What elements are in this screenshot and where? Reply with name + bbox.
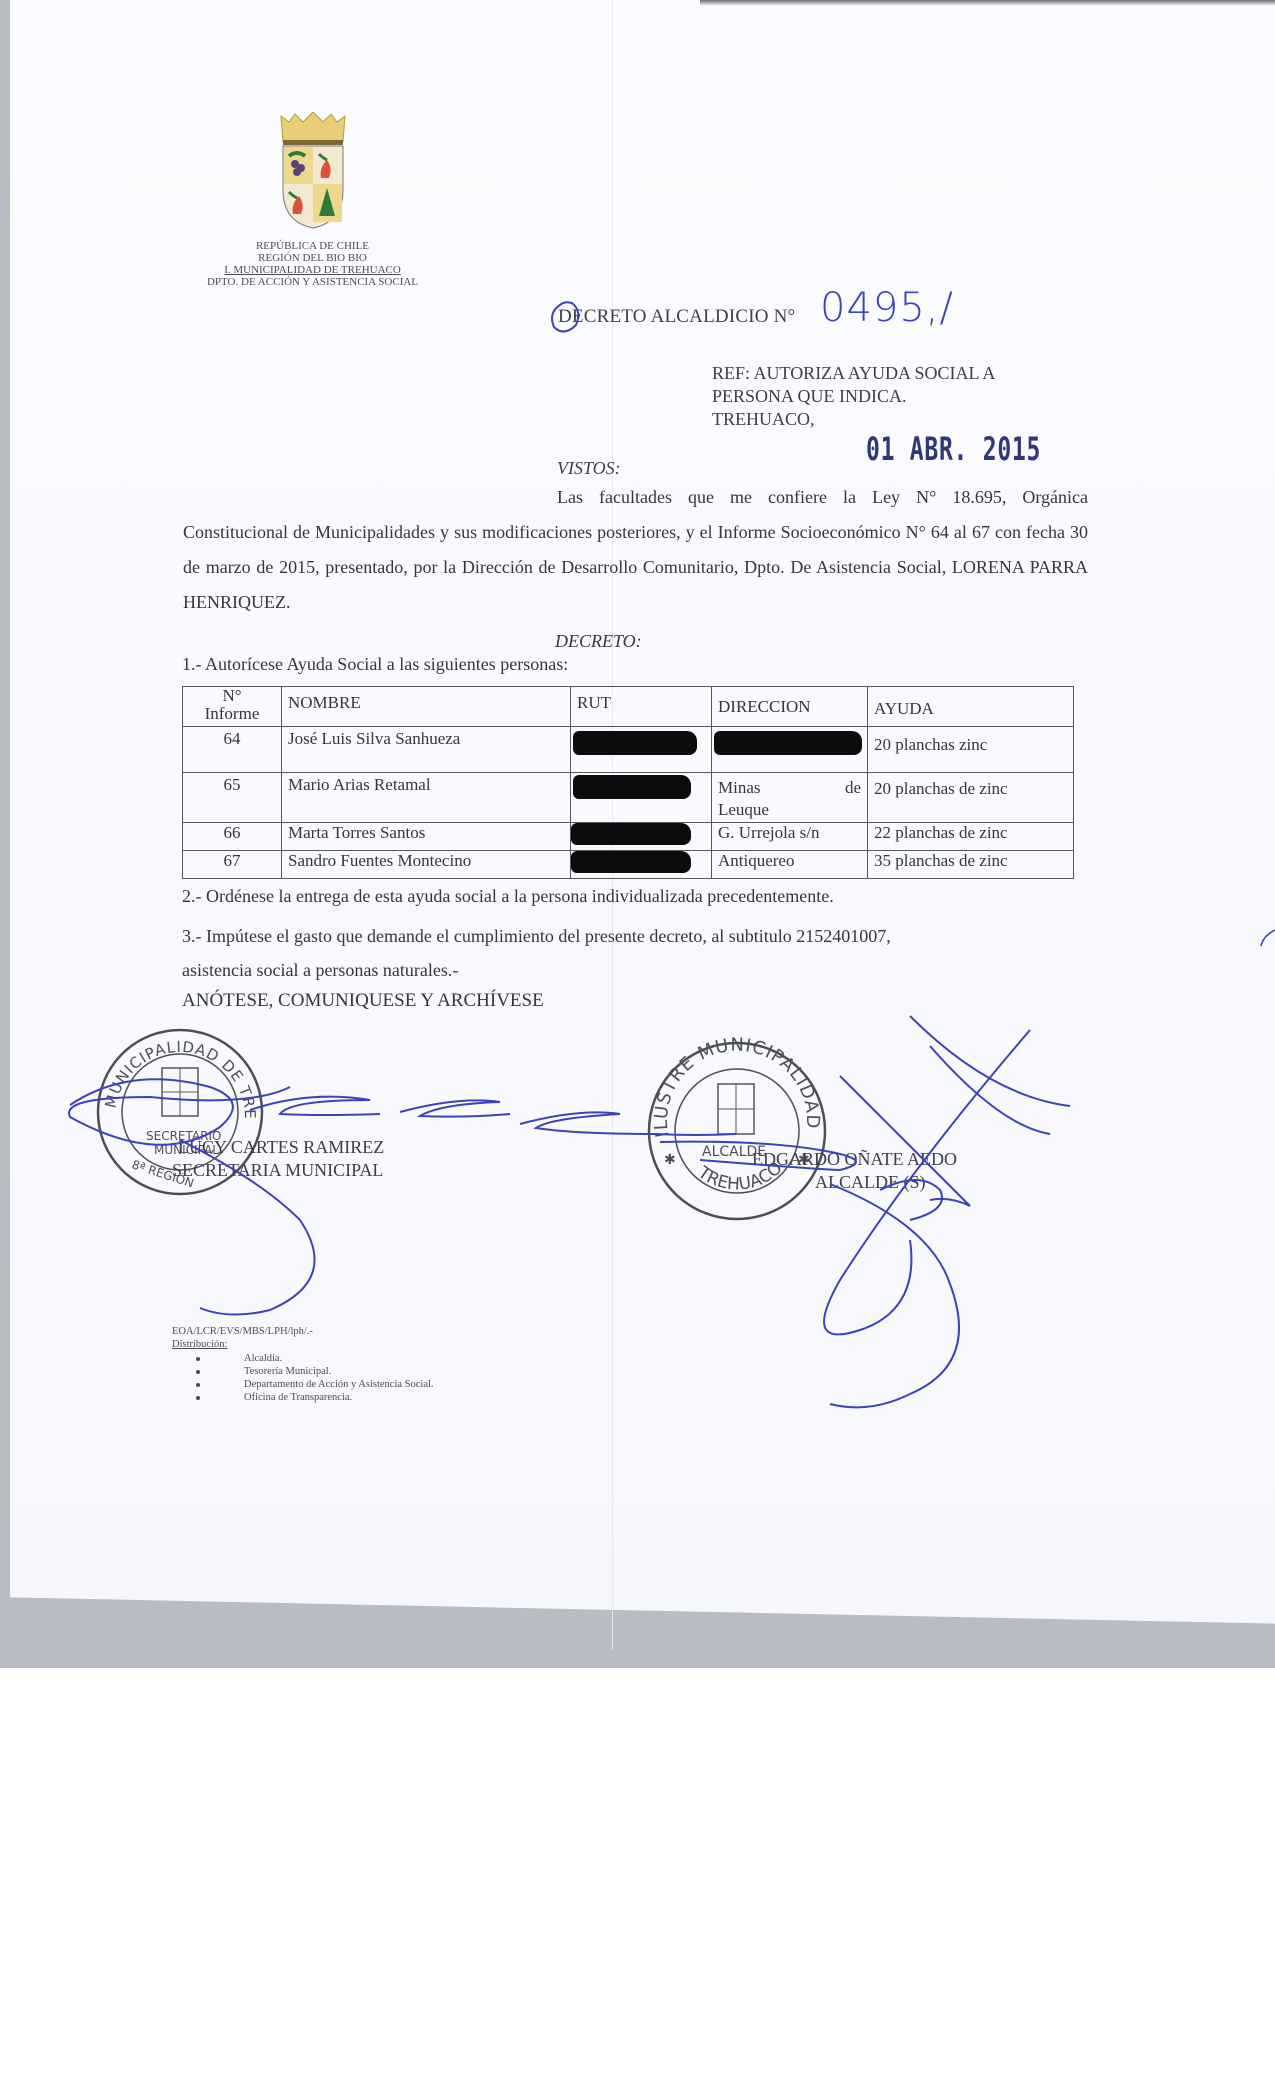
header-ayuda: AYUDA xyxy=(868,687,1074,727)
mayor-role: ALCALDE (S) xyxy=(752,1171,957,1194)
cell-rut xyxy=(571,823,712,851)
direccion-line1: Minasde xyxy=(718,777,861,799)
decree-item-1: 1.- Autorícese Ayuda Social a las siguie… xyxy=(182,654,568,675)
table-row: 67 Sandro Fuentes Montecino Antiquereo 3… xyxy=(183,851,1074,879)
secretary-name: LUCY CARTES RAMIREZ xyxy=(172,1136,384,1159)
table-row: 65 Mario Arias Retamal Minasde Leuque 20… xyxy=(183,773,1074,823)
cell-nombre: Sandro Fuentes Montecino xyxy=(282,851,571,879)
list-item: Alcaldía. xyxy=(196,1352,434,1365)
mayor-signature-block: EDGARDO OÑATE AEDO ALCALDE (S) xyxy=(752,1148,957,1194)
decree-title: DECRETO ALCALDICIO N° xyxy=(558,306,795,328)
secretary-role: SECRETARIA MUNICIPAL xyxy=(172,1159,384,1182)
cell-no: 65 xyxy=(183,773,282,823)
date-stamp: 01 ABR. 2015 xyxy=(866,430,1041,468)
distribution-list: Alcaldía. Tesorería Municipal. Departame… xyxy=(196,1352,434,1404)
decree-item-3-line1: 3.- Impútese el gasto que demande el cum… xyxy=(182,926,891,947)
list-item: Departamento de Acción y Asistencia Soci… xyxy=(196,1378,434,1391)
page-edge-shadow xyxy=(700,0,1275,6)
coat-of-arms-icon xyxy=(275,112,351,230)
redaction-mark xyxy=(571,851,691,873)
ref-line-3: TREHUACO, xyxy=(712,408,995,431)
decree-item-2: 2.- Ordénese la entrega de esta ayuda so… xyxy=(182,886,834,907)
table-header-row: N° Informe NOMBRE RUT DIRECCION AYUDA xyxy=(183,687,1074,727)
decree-reference: REF: AUTORIZA AYUDA SOCIAL A PERSONA QUE… xyxy=(712,362,995,431)
redaction-mark xyxy=(571,823,691,845)
cell-nombre: José Luis Silva Sanhueza xyxy=(282,727,571,773)
header-rut: RUT xyxy=(571,687,712,727)
table-row: 66 Marta Torres Santos G. Urrejola s/n 2… xyxy=(183,823,1074,851)
cell-ayuda: 20 planchas de zinc xyxy=(868,773,1074,823)
cell-direccion xyxy=(712,727,868,773)
vistos-text-first: Las facultades que me confiere la Ley N°… xyxy=(557,487,1088,507)
svg-text:✱: ✱ xyxy=(664,1152,676,1168)
cell-no: 67 xyxy=(183,851,282,879)
cell-direccion: G. Urrejola s/n xyxy=(712,823,868,851)
cell-nombre: Mario Arias Retamal xyxy=(282,773,571,823)
cell-no: 64 xyxy=(183,727,282,773)
mayor-name: EDGARDO OÑATE AEDO xyxy=(752,1148,957,1171)
decree-number-handwritten: 0495,/ xyxy=(820,285,954,331)
letterhead-region: REGIÓN DEL BIO BIO xyxy=(185,252,440,264)
letterhead-department: DPTO. DE ACCIÓN Y ASISTENCIA SOCIAL xyxy=(185,276,440,288)
header-no-informe: N° Informe xyxy=(183,687,282,727)
redaction-mark xyxy=(573,775,691,799)
list-item: Tesorería Municipal. xyxy=(196,1365,434,1378)
ref-line-2: PERSONA QUE INDICA. xyxy=(712,385,995,408)
direccion-line2: Leuque xyxy=(718,799,861,821)
list-item: Oficina de Transparencia. xyxy=(196,1391,434,1404)
header-no-line2: Informe xyxy=(189,705,275,723)
distribution-label: Distribución: xyxy=(172,1338,313,1351)
cell-direccion: Antiquereo xyxy=(712,851,868,879)
ref-line-1: REF: AUTORIZA AYUDA SOCIAL A xyxy=(712,362,995,385)
vistos-text-rest: Constitucional de Municipalidades y sus … xyxy=(183,522,1088,612)
closing-formula: ANÓTESE, COMUNIQUESE Y ARCHÍVESE xyxy=(182,990,544,1012)
cell-ayuda: 20 planchas zinc xyxy=(868,727,1074,773)
cell-nombre: Marta Torres Santos xyxy=(282,823,571,851)
table-row: 64 José Luis Silva Sanhueza 20 planchas … xyxy=(183,727,1074,773)
cell-ayuda: 22 planchas de zinc xyxy=(868,823,1074,851)
header-no-line1: N° xyxy=(189,687,275,705)
direccion-word: Minas xyxy=(718,777,761,799)
mayor-stamp-icon: ILUSTRE MUNICIPALIDAD TREHUACO ALCALDE ✱… xyxy=(642,1036,832,1226)
header-nombre: NOMBRE xyxy=(282,687,571,727)
decreto-label: DECRETO: xyxy=(555,631,642,652)
svg-text:MUNICIPALIDAD DE TREHUACO: MUNICIPALIDAD DE TREHUACO xyxy=(90,1022,259,1120)
cell-rut xyxy=(571,727,712,773)
decree-item-3-line2: asistencia social a personas naturales.- xyxy=(182,960,458,981)
vistos-paragraph: Las facultades que me confiere la Ley N°… xyxy=(183,480,1088,620)
redaction-mark xyxy=(714,731,862,755)
direccion-word: de xyxy=(845,777,861,799)
letterhead: REPÚBLICA DE CHILE REGIÓN DEL BIO BIO I.… xyxy=(185,240,440,288)
cell-direccion: Minasde Leuque xyxy=(712,773,868,823)
cell-rut xyxy=(571,773,712,823)
cell-rut xyxy=(571,851,712,879)
redaction-mark xyxy=(573,731,697,755)
reference-initials: EOA/LCR/EVS/MBS/LPH/lph/.- xyxy=(172,1325,313,1338)
cell-ayuda: 35 planchas de zinc xyxy=(868,851,1074,879)
footer-initials-block: EOA/LCR/EVS/MBS/LPH/lph/.- Distribución: xyxy=(172,1325,313,1351)
letterhead-country: REPÚBLICA DE CHILE xyxy=(185,240,440,252)
letterhead-municipality: I. MUNICIPALIDAD DE TREHUACO xyxy=(185,264,440,276)
svg-text:ILUSTRE MUNICIPALIDAD: ILUSTRE MUNICIPALIDAD xyxy=(651,1036,823,1139)
aid-recipients-table: N° Informe NOMBRE RUT DIRECCION AYUDA 64… xyxy=(182,686,1074,879)
header-direccion: DIRECCION xyxy=(712,687,868,727)
vistos-label: VISTOS: xyxy=(557,458,621,479)
cell-no: 66 xyxy=(183,823,282,851)
secretary-signature-block: LUCY CARTES RAMIREZ SECRETARIA MUNICIPAL xyxy=(172,1136,384,1182)
